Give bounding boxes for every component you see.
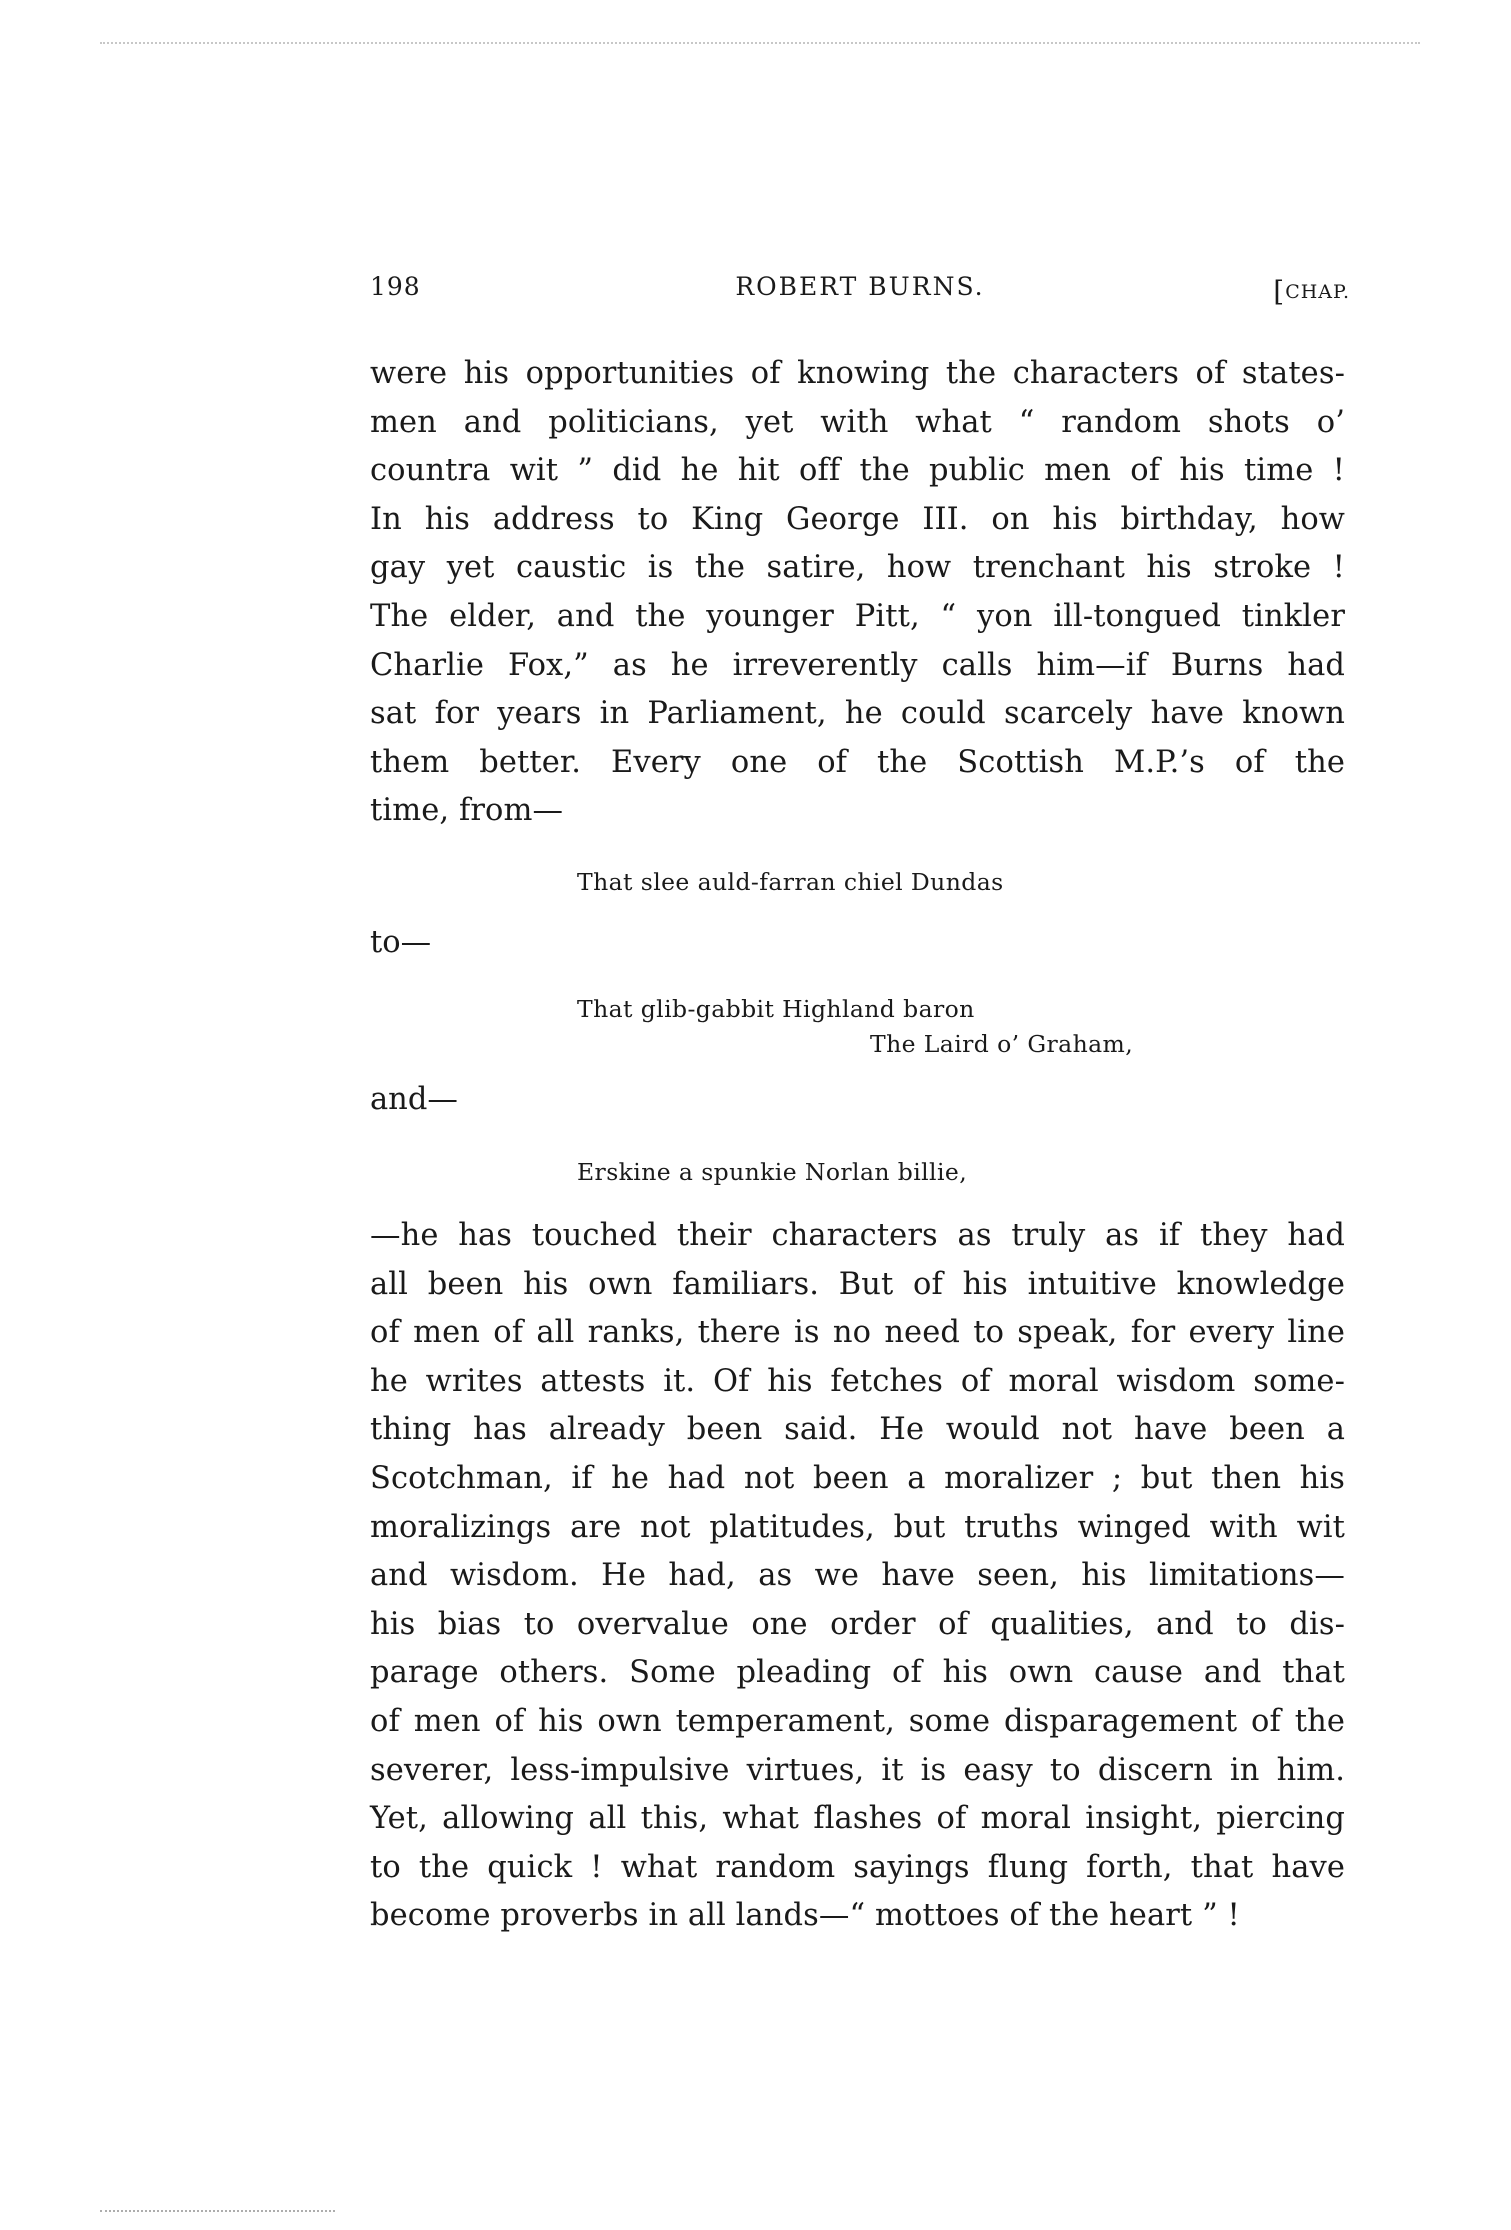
text-line: of men of all ranks, there is no need to…	[370, 1309, 1345, 1358]
verse-erskine: Erskine a spunkie Norlan billie,	[577, 1158, 967, 1186]
text-line: his bias to overvalue one order of quali…	[370, 1601, 1345, 1650]
text-line: he writes attests it. Of his fetches of …	[370, 1358, 1345, 1407]
verse-graham-2: The Laird o’ Graham,	[870, 1030, 1133, 1058]
text-line: them better. Every one of the Scottish M…	[370, 739, 1345, 788]
running-title: ROBERT BURNS.	[370, 272, 1350, 301]
paragraph-2: —he has touched their characters as trul…	[370, 1212, 1345, 1941]
text-line: In his address to King George III. on hi…	[370, 496, 1345, 545]
chapter-text: CHAP.	[1285, 281, 1350, 303]
text-line: Yet, allowing all this, what flashes of …	[370, 1795, 1345, 1844]
text-line: —he has touched their characters as trul…	[370, 1212, 1345, 1261]
text-line: all been his own familiars. But of his i…	[370, 1261, 1345, 1310]
text-line: of men of his own temperament, some disp…	[370, 1698, 1345, 1747]
text-line: Charlie Fox,” as he irreverently calls h…	[370, 642, 1345, 691]
scan-artifact-top	[100, 42, 1420, 44]
text-line: to the quick ! what random sayings flung…	[370, 1844, 1345, 1893]
text-line: moralizings are not platitudes, but trut…	[370, 1504, 1345, 1553]
text-line: time, from—	[370, 787, 1345, 836]
verse-graham-1: That glib-gabbit Highland baron	[577, 995, 975, 1023]
text-line: countra wit ” did he hit off the public …	[370, 447, 1345, 496]
text-line: gay yet caustic is the satire, how trenc…	[370, 544, 1345, 593]
text-line: parage others. Some pleading of his own …	[370, 1649, 1345, 1698]
chapter-label: [CHAP.	[1273, 272, 1350, 305]
paragraph-1: were his opportunities of knowing the ch…	[370, 350, 1345, 836]
connector-and: and—	[370, 1082, 458, 1117]
text-line: sat for years in Parliament, he could sc…	[370, 690, 1345, 739]
scan-artifact-bottom	[100, 2210, 335, 2212]
text-line: and wisdom. He had, as we have seen, his…	[370, 1552, 1345, 1601]
text-line: severer, less-impulsive virtues, it is e…	[370, 1747, 1345, 1796]
text-line: men and politicians, yet with what “ ran…	[370, 399, 1345, 448]
text-line: were his opportunities of knowing the ch…	[370, 350, 1345, 399]
text-line: become proverbs in all lands—“ mottoes o…	[370, 1892, 1345, 1941]
bracket-glyph: [	[1273, 275, 1285, 308]
text-line: The elder, and the younger Pitt, “ yon i…	[370, 593, 1345, 642]
text-line: Scotchman, if he had not been a moralize…	[370, 1455, 1345, 1504]
connector-to: to—	[370, 925, 431, 960]
running-head: 198 ROBERT BURNS. [CHAP.	[370, 272, 1350, 312]
text-line: thing has already been said. He would no…	[370, 1406, 1345, 1455]
verse-dundas: That slee auld-farran chiel Dundas	[577, 868, 1004, 896]
